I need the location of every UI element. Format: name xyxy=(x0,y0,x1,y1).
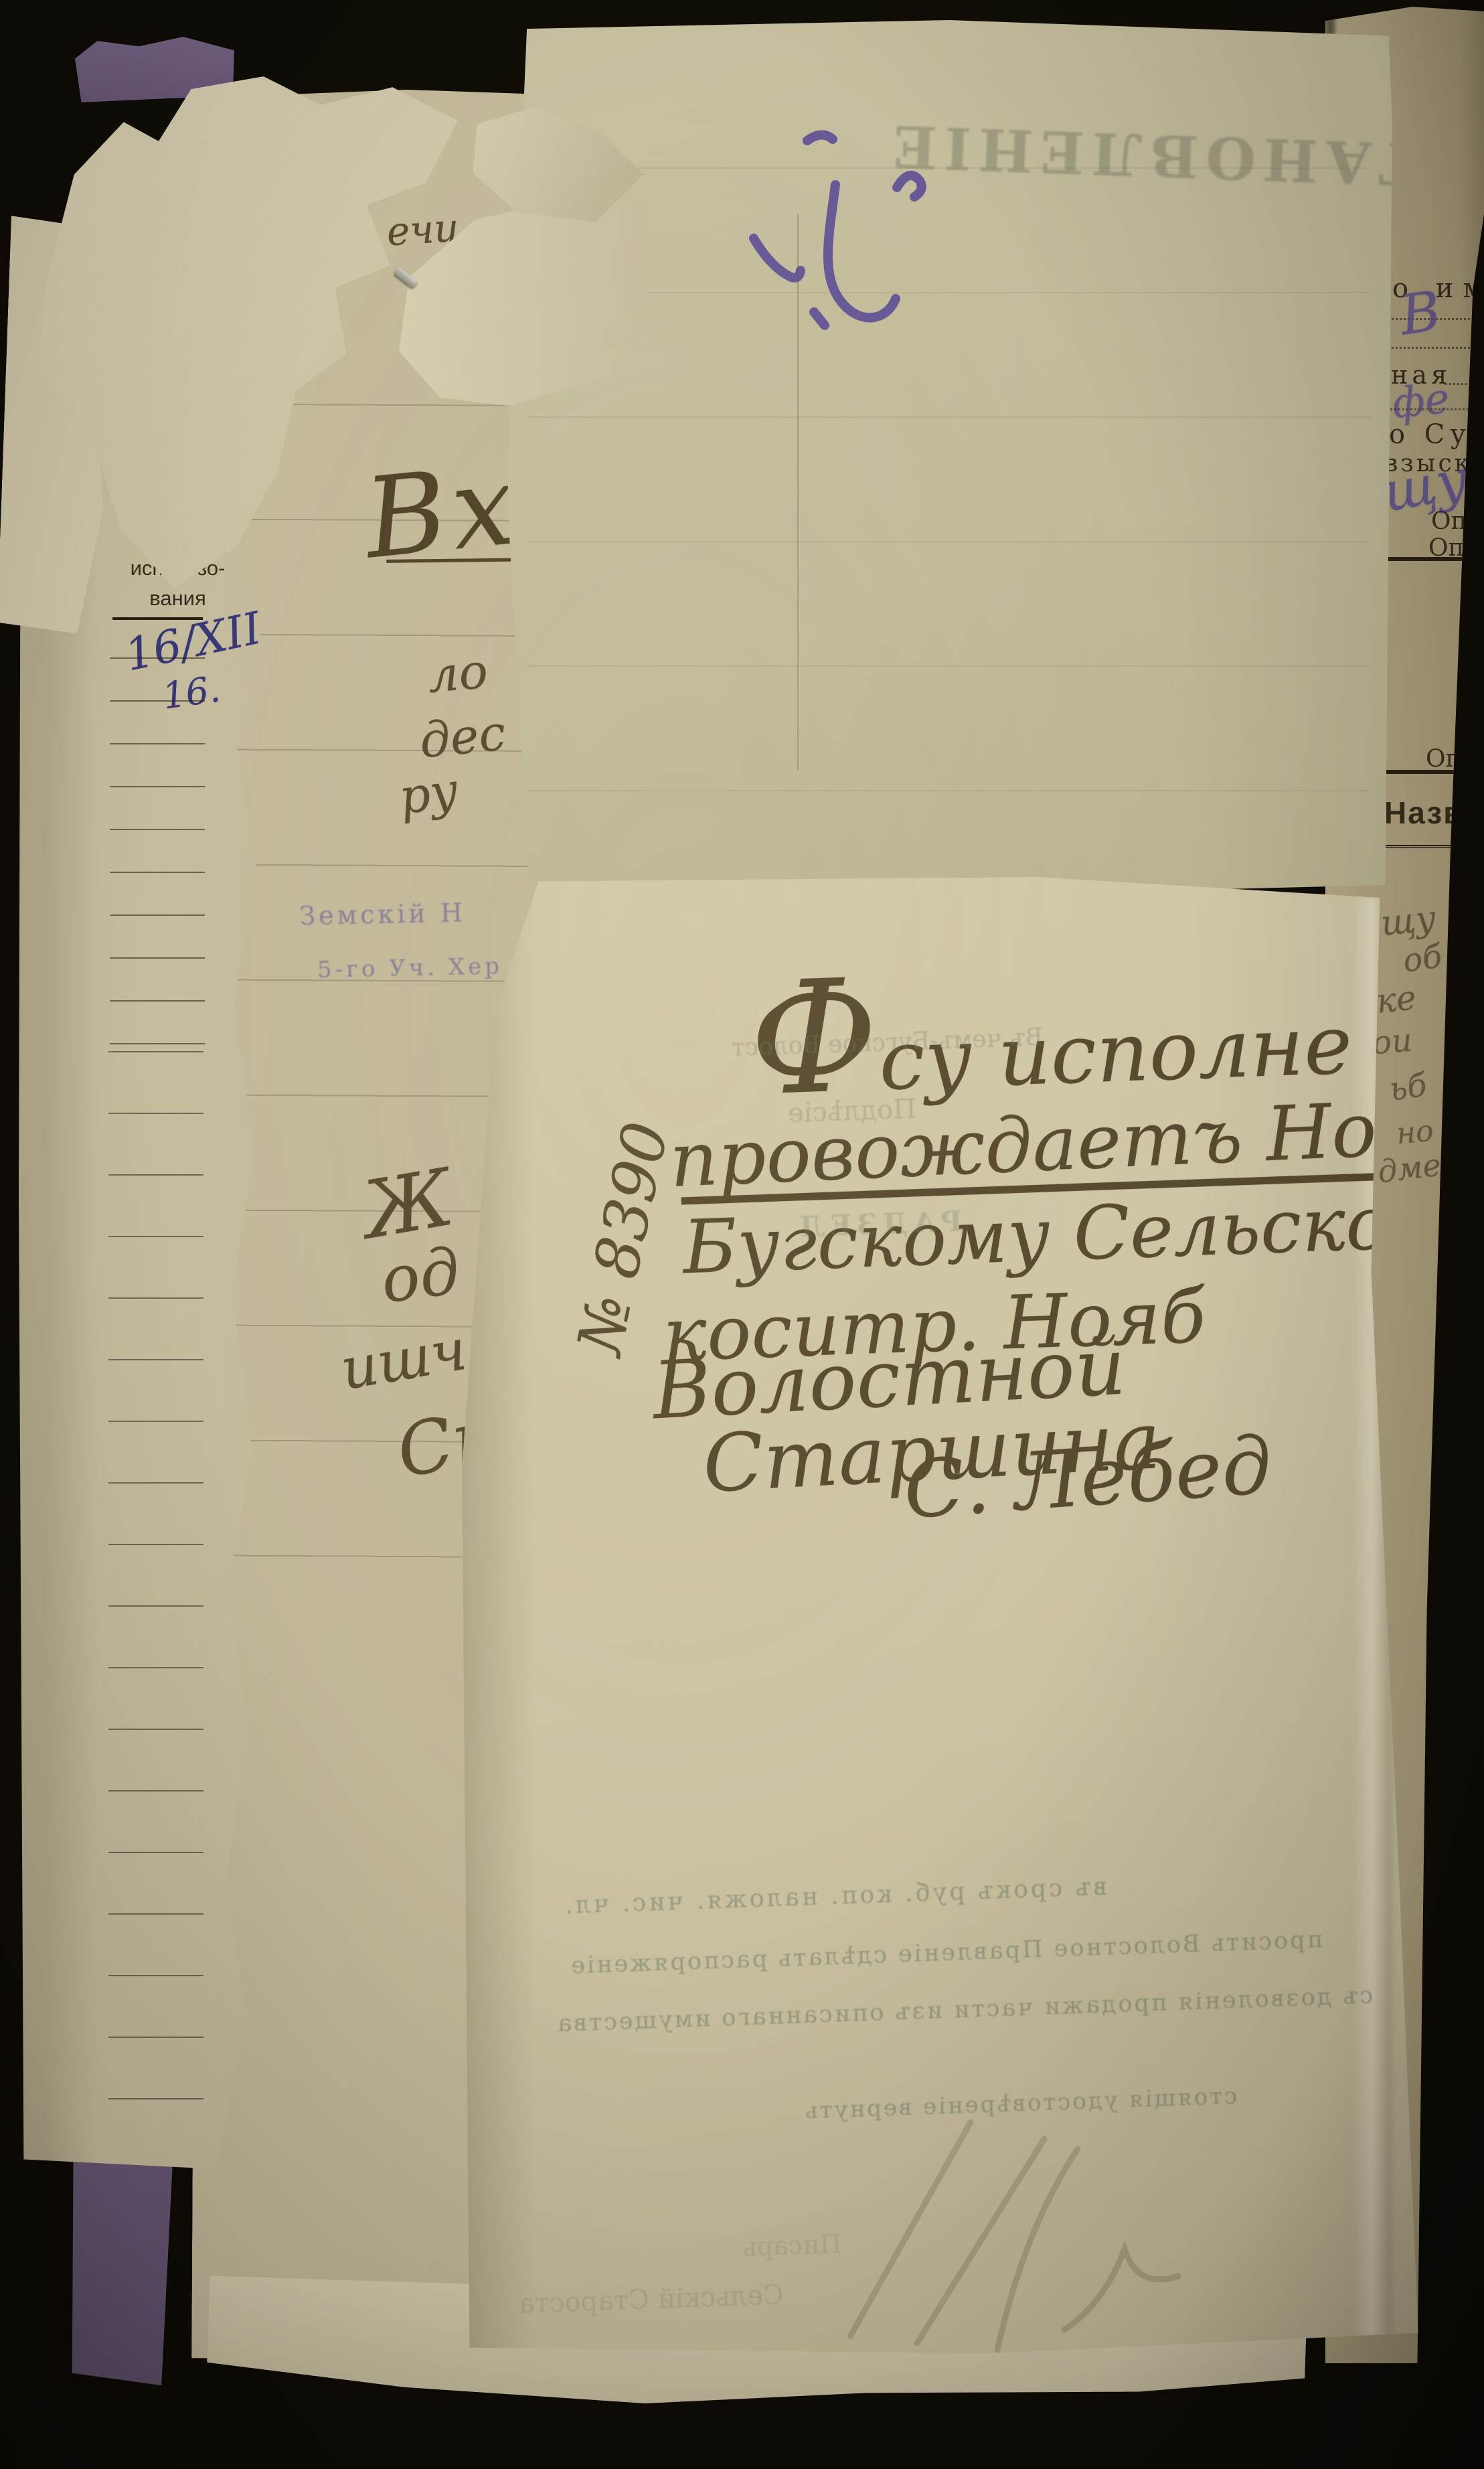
dotted-line xyxy=(1387,347,1482,349)
bleed-line: просить Волостное Правленіе сдѣлать расп… xyxy=(569,1928,1323,1978)
bleed-line: въ срокъ руб. коп. наложя. чис. чл. xyxy=(562,1875,1108,1918)
dotted-line xyxy=(1387,408,1484,410)
pencil-signature-bleed xyxy=(810,2075,1279,2357)
card-row-lines-upper xyxy=(110,657,205,1049)
bleed-line: Подлѣсіе xyxy=(787,1096,916,1127)
letter-line: Бугскому Сельско xyxy=(681,1186,1391,1285)
strip-handwriting: В xyxy=(1397,284,1445,344)
zemsky-stamp-line2: 5-го Уч. Хер xyxy=(317,953,503,983)
card-row-lines-lower xyxy=(108,1051,203,2116)
thick-rule xyxy=(1379,770,1481,774)
purple-ink-mark xyxy=(728,99,929,353)
archival-documents-photo: ечи Вх. ло дес ру Земскій Н 5-го Уч. Хер… xyxy=(0,0,1484,2469)
bleed-line: съ дозволенія продажи части изъ описанна… xyxy=(556,1984,1374,2037)
overflow-handwriting: щу xyxy=(1380,901,1438,941)
overflow-handwriting: но xyxy=(1395,1117,1434,1149)
line-fragment: дес xyxy=(418,708,508,765)
lower-fragment: од xyxy=(378,1240,464,1313)
thin-double-rule xyxy=(1378,845,1482,848)
overflow-handwriting: дме xyxy=(1376,1149,1442,1187)
overflow-handwriting: ке xyxy=(1375,981,1418,1018)
dotted-line xyxy=(1445,383,1483,385)
strip-handwriting: фе xyxy=(1390,378,1451,425)
form-fragment: Оп xyxy=(1426,746,1462,773)
form-header-fragment: Назва xyxy=(1384,797,1481,830)
verso-postanovlenie-sheet: ПОСТАНОВЛЕНІЕ xyxy=(507,20,1392,894)
form-fragment: о Суд xyxy=(1389,420,1484,449)
overflow-handwriting: об xyxy=(1401,940,1444,977)
bleed-signature-label: Сельскій Староста xyxy=(518,2282,784,2318)
signature-fragment: С. Лебед xyxy=(902,1425,1274,1530)
form-fragment: Оп xyxy=(1431,509,1467,535)
line-fragment: ру xyxy=(396,766,461,821)
line-fragment: ло xyxy=(426,647,490,700)
front-letter-sheet: № 8390 Фсу исполне провождаетъ Но Бугско… xyxy=(462,877,1419,2357)
document-number-vertical: № 8390 xyxy=(569,1117,678,1360)
overflow-handwriting: ои xyxy=(1371,1024,1414,1059)
bleed-line: РАДЗЕЛ xyxy=(794,1208,963,1242)
thick-rule xyxy=(1382,557,1482,561)
overflow-handwriting: ьб xyxy=(1388,1068,1429,1105)
zemsky-stamp-line1: Земскій Н xyxy=(299,898,466,931)
